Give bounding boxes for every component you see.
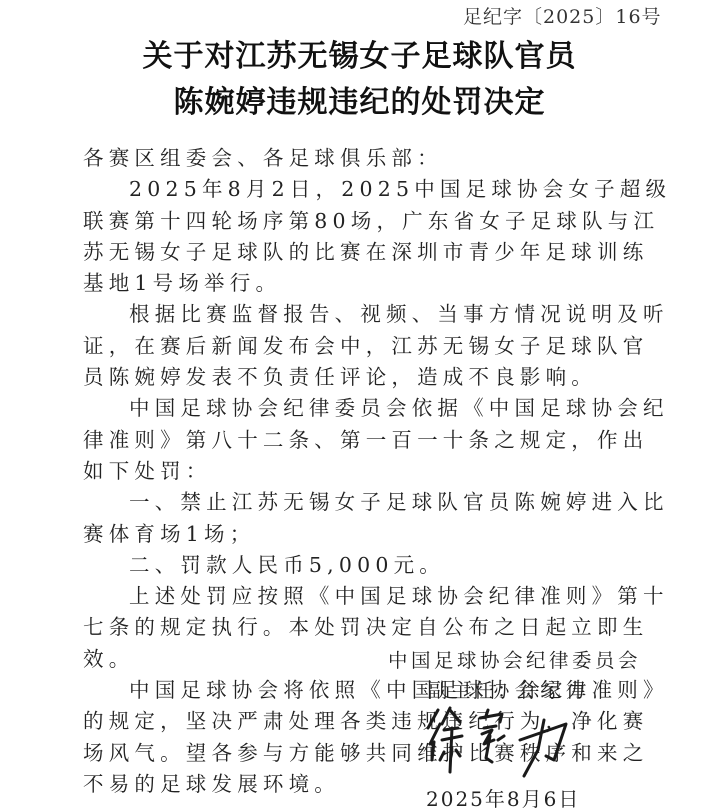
title-line-2: 陈婉婷违规违纪的处罚决定 — [0, 80, 719, 126]
issue-date: 2025年8月6日 — [426, 783, 580, 812]
title-line-1: 关于对江苏无锡女子足球队官员 — [0, 34, 719, 80]
signature-block: 中国足球协会纪律委员会 副主任：徐家力 — [388, 646, 641, 706]
paragraph-violation: 根据比赛监督报告、视频、当事方情况说明及听证，在赛后新闻发布会中，江苏无锡女子足… — [83, 299, 673, 393]
issuer-name: 中国足球协会纪律委员会 — [388, 646, 641, 676]
document-number: 足纪字〔2025〕16号 — [463, 2, 662, 29]
penalty-item-1: 一、禁止江苏无锡女子足球队官员陈婉婷进入比赛体育场1场； — [83, 487, 673, 550]
paragraph-match-info: 2025年8月2日，2025中国足球协会女子超级联赛第十四轮场序第80场，广东省… — [83, 174, 673, 299]
penalty-item-2: 二、罚款人民币5,000元。 — [83, 550, 673, 581]
handwritten-signature-icon — [420, 700, 590, 780]
document-title: 关于对江苏无锡女子足球队官员 陈婉婷违规违纪的处罚决定 — [0, 34, 719, 126]
addressee: 各赛区组委会、各足球俱乐部： — [83, 143, 673, 174]
paragraph-legal-basis: 中国足球协会纪律委员会依据《中国足球协会纪律准则》第八十二条、第一百一十条之规定… — [83, 393, 673, 487]
